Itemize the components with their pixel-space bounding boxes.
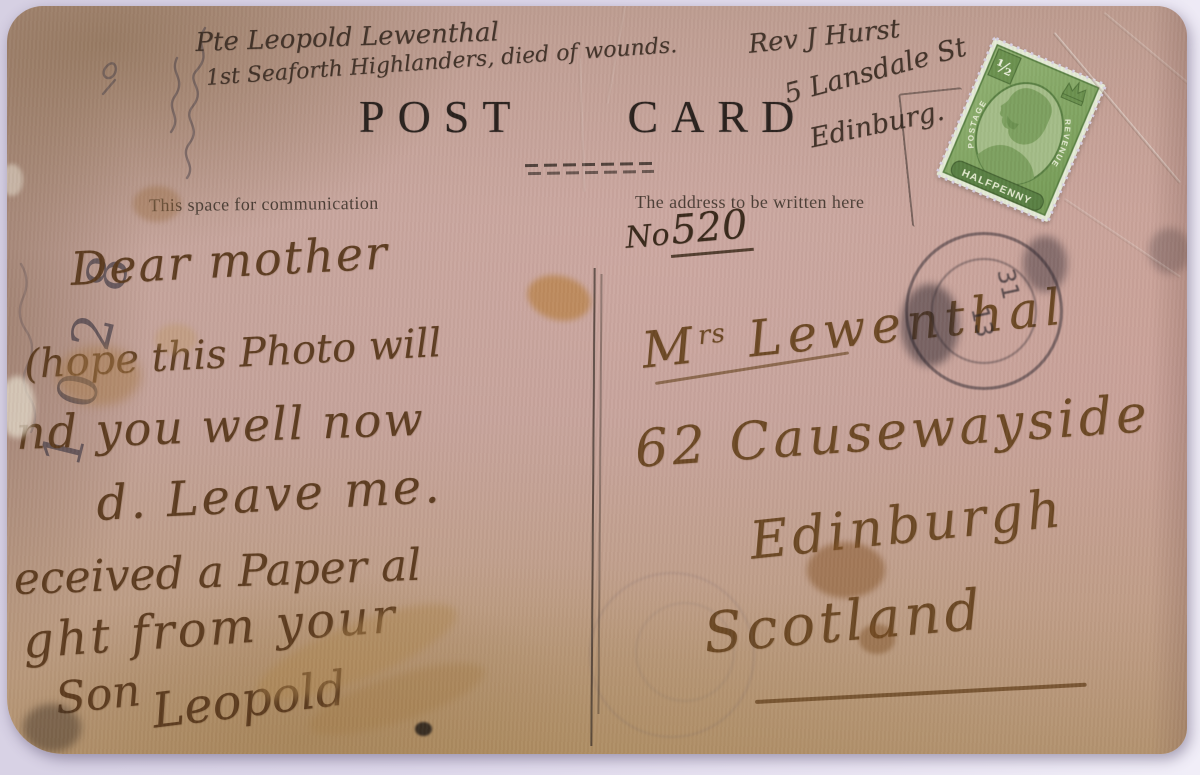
title-word-post: POST: [359, 90, 523, 143]
ink-blot: [415, 722, 432, 736]
message-line: d. Leave me.: [95, 458, 444, 532]
address-line-street: 62 Causewayside: [633, 384, 1153, 480]
title-word-card: CARD: [627, 90, 807, 143]
postmark-date-digits: 13: [965, 304, 999, 340]
postmark-smudge: [901, 284, 959, 366]
address-line-city: Edinburgh: [747, 479, 1067, 572]
edge-damage: [7, 164, 23, 196]
card-number-label: No: [624, 217, 671, 256]
stain: [57, 346, 141, 406]
title-divider-line: [528, 170, 654, 175]
stain: [859, 624, 895, 654]
stain: [155, 324, 197, 354]
postcard: 1028 Pte Leopold Lewenthal 1st Seaforth …: [7, 6, 1187, 754]
address-sup: rs: [696, 318, 727, 351]
postmark-smudge: [1023, 236, 1067, 292]
card-number-value: 520: [667, 201, 753, 258]
address-underline: [755, 683, 1087, 704]
stain: [523, 269, 596, 327]
stain: [807, 542, 885, 598]
postmark: 31 13: [905, 232, 1063, 390]
stain: [133, 186, 181, 222]
postmark-date-digits: 31: [991, 266, 1025, 302]
corner-wear: [23, 704, 81, 752]
edge-shading: [1151, 6, 1187, 754]
postcard-photo: 1028 Pte Leopold Lewenthal 1st Seaforth …: [0, 0, 1200, 775]
card-number: No520: [623, 201, 753, 258]
communication-instruction: This space for communication: [149, 193, 379, 216]
title-divider-line: [525, 162, 655, 167]
faint-postmark-circle: [635, 602, 735, 702]
address-initial: M: [639, 316, 702, 380]
